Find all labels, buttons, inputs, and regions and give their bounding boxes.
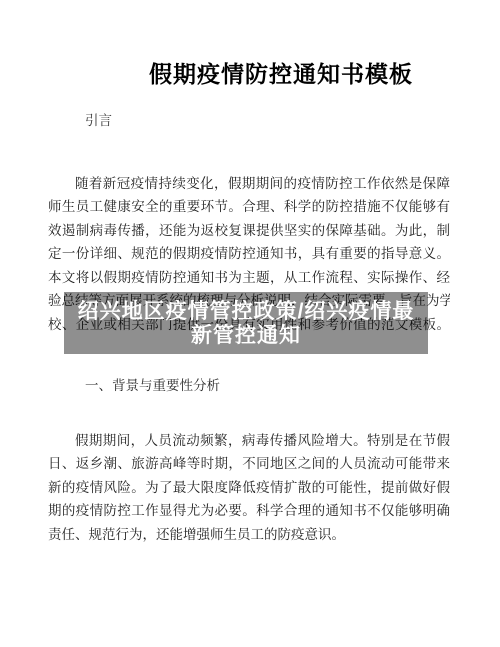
paragraph-line: 假期期间，人员流动频繁，病毒传播风险增大。特别是在节假 — [48, 429, 450, 453]
watermark-text-line: 新管控通知 — [64, 324, 428, 348]
document-title: 假期疫情防控通知书模板 — [0, 59, 500, 90]
paragraph-line: 定一份详细、规范的假期疫情防控通知书，具有重要的指导意义。 — [48, 242, 450, 266]
document-page: 假期疫情防控通知书模板 引言 随着新冠疫情持续变化，假期期间的疫情防控工作依然是… — [0, 0, 500, 647]
paragraph-line: 新的疫情风险。为了最大限度降低疫情扩散的可能性，提前做好假 — [48, 476, 450, 500]
paragraph-line: 本文将以假期疫情防控通知书为主题，从工作流程、实际操作、经 — [48, 266, 450, 290]
paragraph-line: 期的疫情防控工作显得尤为必要。科学合理的通知书不仅能够明确 — [48, 499, 450, 523]
section-heading-background-analysis: 一、背景与重要性分析 — [85, 374, 455, 398]
paragraph-line: 师生员工健康安全的重要环节。合理、科学的防控措施不仅能够有 — [48, 195, 450, 219]
paragraph-line: 效遏制病毒传播，还能为返校复课提供坚实的保障基础。为此，制 — [48, 219, 450, 243]
paragraph-line: 责任、规范行为，还能增强师生员工的防疫意识。 — [48, 523, 450, 547]
intro-label: 引言 — [85, 109, 455, 133]
paragraph-background: 假期期间，人员流动频繁，病毒传播风险增大。特别是在节假 日、返乡潮、旅游高峰等时… — [48, 429, 450, 547]
paragraph-line: 日、返乡潮、旅游高峰等时期，不同地区之间的人员流动可能带来 — [48, 452, 450, 476]
paragraph-line: 随着新冠疫情持续变化，假期期间的疫情防控工作依然是保障 — [48, 172, 450, 196]
watermark-overlay-banner: 绍兴地区疫情管控政策/绍兴疫情最 新管控通知 — [64, 292, 428, 354]
watermark-text-line: 绍兴地区疫情管控政策/绍兴疫情最 — [64, 300, 428, 324]
